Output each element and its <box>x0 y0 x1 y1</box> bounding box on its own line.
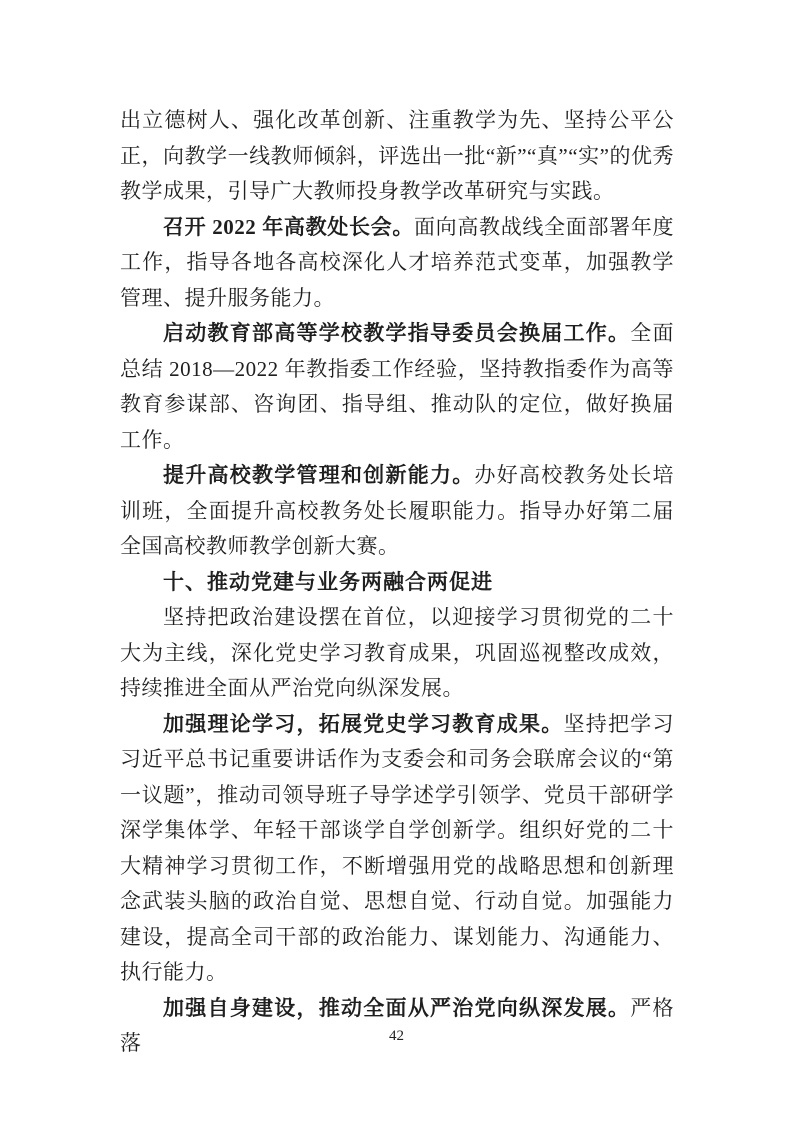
paragraph-lead-bold: 加强自身建设，推动全面从严治党向纵深发展。 <box>163 996 630 1020</box>
paragraph-text: 坚持把政治建设摆在首位，以迎接学习贯彻党的二十大为主线，深化党史学习教育成果，巩… <box>120 605 674 700</box>
paragraph-lead-bold: 提升高校教学管理和创新能力。 <box>163 463 475 487</box>
document-page: 出立德树人、强化改革创新、注重教学为先、坚持公平公正，向教学一线教师倾斜，评选出… <box>0 0 793 1122</box>
paragraph-text: 坚持把学习习近平总书记重要讲话作为支委会和司务会联席会议的“第一议题”，推动司领… <box>120 712 674 985</box>
paragraph: 召开 2022 年高教处长会。面向高教战线全面部署年度工作，指导各地各高校深化人… <box>120 210 674 317</box>
paragraph: 加强理论学习，拓展党史学习教育成果。坚持把学习习近平总书记重要讲话作为支委会和司… <box>120 707 674 991</box>
paragraph-lead-bold: 召开 2022 年高教处长会。 <box>163 215 414 239</box>
paragraph: 启动教育部高等学校教学指导委员会换届工作。全面总结 2018—2022 年教指委… <box>120 316 674 458</box>
document-body: 出立德树人、强化改革创新、注重教学为先、坚持公平公正，向教学一线教师倾斜，评选出… <box>120 103 674 1062</box>
paragraph-continuation: 出立德树人、强化改革创新、注重教学为先、坚持公平公正，向教学一线教师倾斜，评选出… <box>120 103 674 210</box>
section-heading-text: 十、推动党建与业务两融合两促进 <box>163 571 493 594</box>
section-heading: 十、推动党建与业务两融合两促进 <box>120 565 674 601</box>
paragraph-text: 出立德树人、强化改革创新、注重教学为先、坚持公平公正，向教学一线教师倾斜，评选出… <box>120 108 674 203</box>
paragraph: 坚持把政治建设摆在首位，以迎接学习贯彻党的二十大为主线，深化党史学习教育成果，巩… <box>120 600 674 707</box>
page-number: 42 <box>0 1028 793 1045</box>
paragraph-lead-bold: 启动教育部高等学校教学指导委员会换届工作。 <box>163 321 630 345</box>
paragraph: 提升高校教学管理和创新能力。办好高校教务处长培训班，全面提升高校教务处长履职能力… <box>120 458 674 565</box>
paragraph: 加强自身建设，推动全面从严治党向纵深发展。严格落 <box>120 991 674 1062</box>
paragraph-lead-bold: 加强理论学习，拓展党史学习教育成果。 <box>163 712 564 736</box>
